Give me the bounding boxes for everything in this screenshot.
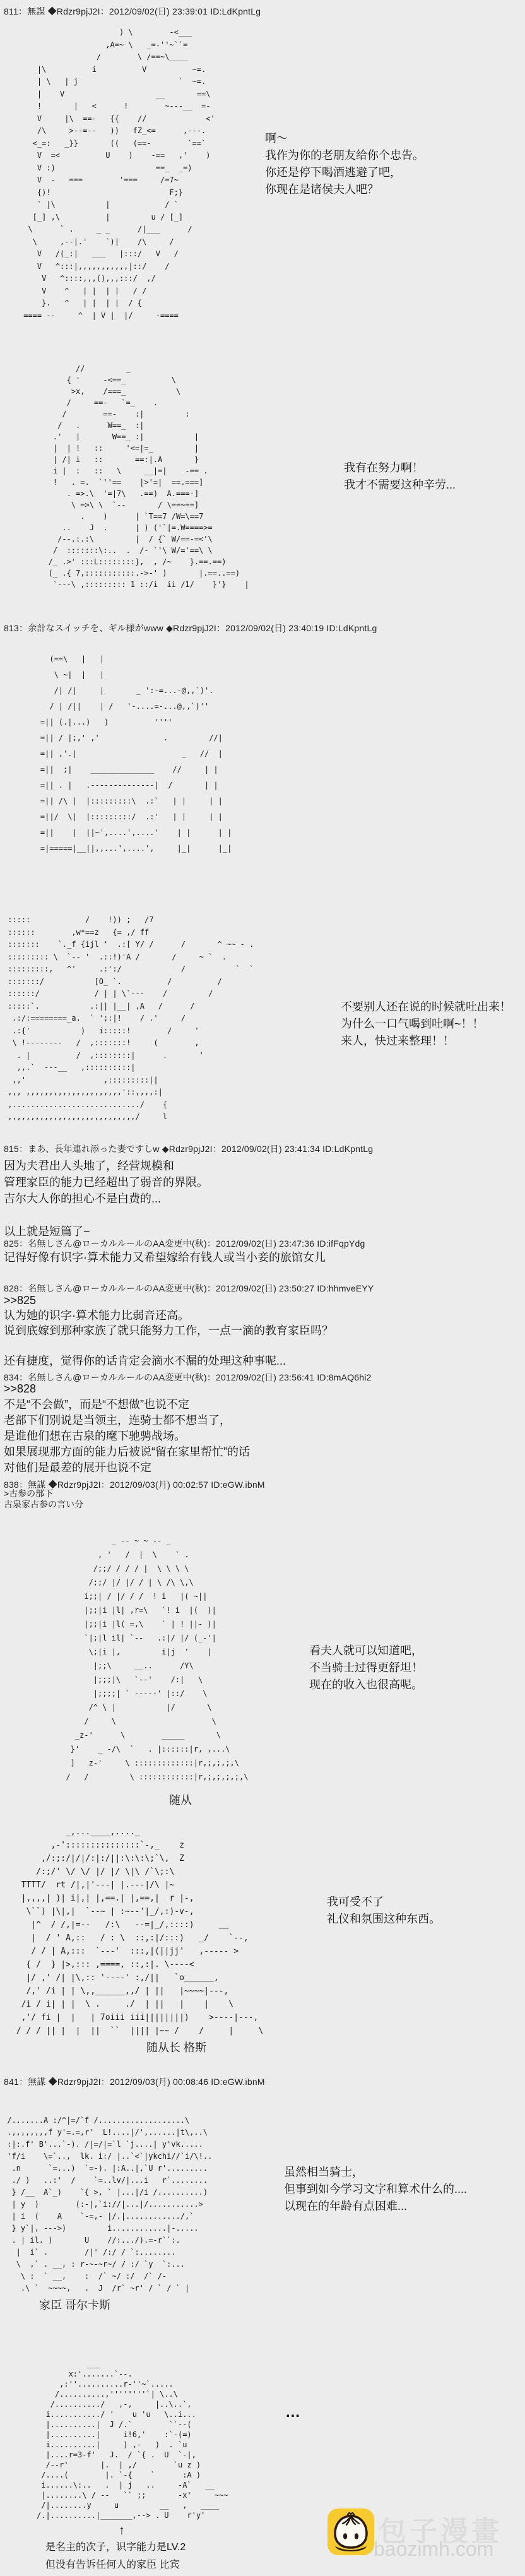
post-body-825: 记得好像有识字·算术能力又希望嫁给有钱人或当小妾的旅馆女儿 xyxy=(4,1250,326,1266)
speech-gil-scolding: 不要别人还在说的时候就吐出来！ 为什么一口气喝到吐啊~！！ 来人，快过来整理！！ xyxy=(341,999,511,1050)
speech-saber-effort: 我有在努力啊！ 我才不需要这种辛劳... xyxy=(344,460,456,494)
ascii-art-saber-reply: // _ { ' -<==_ \ >x, /===_ \ / ==- `=_ .… xyxy=(35,363,249,590)
baozi-logo-icon xyxy=(327,2505,375,2558)
ascii-art-saber-at-table: (==\ | | \ ~| | | /| /| | _ ':-=...-@,,`… xyxy=(22,651,232,857)
post-header-825: 825：名無しさん@ローカルルールのAA変更中(秋)：2012/09/02(日)… xyxy=(4,1237,365,1250)
ascii-art-attendant: _ -- ~ ~ -- _ , ' / | \ ` . /;;/ / / / |… xyxy=(57,1534,248,1784)
post-header-813: 813：余計なスイッチを、ギル様がwww ◆Rdzr9pjJ2I：2012/09… xyxy=(4,622,377,634)
post-header-841: 841：無謀 ◆Rdzr9pjJ2I：2012/09/03(月) 00:08:4… xyxy=(4,2075,265,2088)
ascii-art-attendant-chief-guts: _,...____,...._ ,-':::::::::::::::`-,_ z… xyxy=(11,1825,263,2038)
post-body-838: >古参の部下 古泉家古参の言い分 xyxy=(4,1488,83,1510)
watermark-domain: baozimh.com xyxy=(374,2537,493,2561)
speech-attendant: 看夫人就可以知道吧， 不当骑士过得更舒坦！ 现在的收入也很高呢。 xyxy=(309,1642,423,1694)
ascii-art-saber-vomiting: ::::: / !)) ; /7 :::::: ,w*==z {= ,/ ff … xyxy=(3,914,254,1124)
ascii-art-gil-and-saber: ) \ -<___ ,A=~ \ _=-''~``= / \ /==~\____… xyxy=(19,27,215,322)
ascii-art-retainer-golcas: /.......A :/^|=/`f /...................\… xyxy=(3,2115,212,2294)
caption-bippin: 是名主的次子，识字能力是LV.2 但没有告诉任何人的家臣 比宾 xyxy=(45,2539,186,2574)
label-attendant: 随从 xyxy=(169,1791,192,1808)
post-header-811: 811：無謀 ◆Rdzr9pjJ2I：2012/09/02(日) 23:39:0… xyxy=(4,5,261,18)
up-arrow: ↑ xyxy=(119,2524,125,2538)
ellipsis-text: … xyxy=(285,2404,302,2421)
label-retainer: 家臣 哥尔卡斯 xyxy=(39,2296,110,2313)
post-body-828: >>825 认为她的识字·算术能力比弱音还高。 说到底嫁到那种家族了就只能努力工… xyxy=(4,1293,333,1368)
post-body-815: 因为夫君出人头地了，经营规模和 管理家臣的能力已经超出了弱音的界限。 吉尔大人你… xyxy=(4,1158,208,1240)
thread-page: 811：無謀 ◆Rdzr9pjJ2I：2012/09/02(日) 23:39:0… xyxy=(0,0,525,2576)
post-header-815: 815：まあ、長年連れ添った妻ですしw ◆Rdzr9pjJ2I：2012/09/… xyxy=(4,1143,373,1155)
label-attendant-chief: 随从长 格斯 xyxy=(146,2039,206,2055)
ascii-art-bippin: ___ x:'.......`--. ,:''..........r-''~`.… xyxy=(37,2359,228,2520)
post-body-834: >>828 不是“不会做”，而是“不想做”也说不定 老部下们别说是当领主，连骑士… xyxy=(4,1381,250,1476)
baozi-logo xyxy=(327,2505,375,2561)
speech-attendant-chief: 我可受不了 礼仪和氛围这种东西。 xyxy=(327,1894,440,1928)
speech-retainer: 虽然相当骑士， 但事到如今学习文字和算术什么的.... 以现在的年龄有点困难..… xyxy=(284,2164,467,2215)
speech-gil-advice: 啊～ 我作为你的老朋友给你个忠告。 你还是停下喝酒逃避了吧， 你现在是诸侯夫人吧… xyxy=(265,130,424,198)
